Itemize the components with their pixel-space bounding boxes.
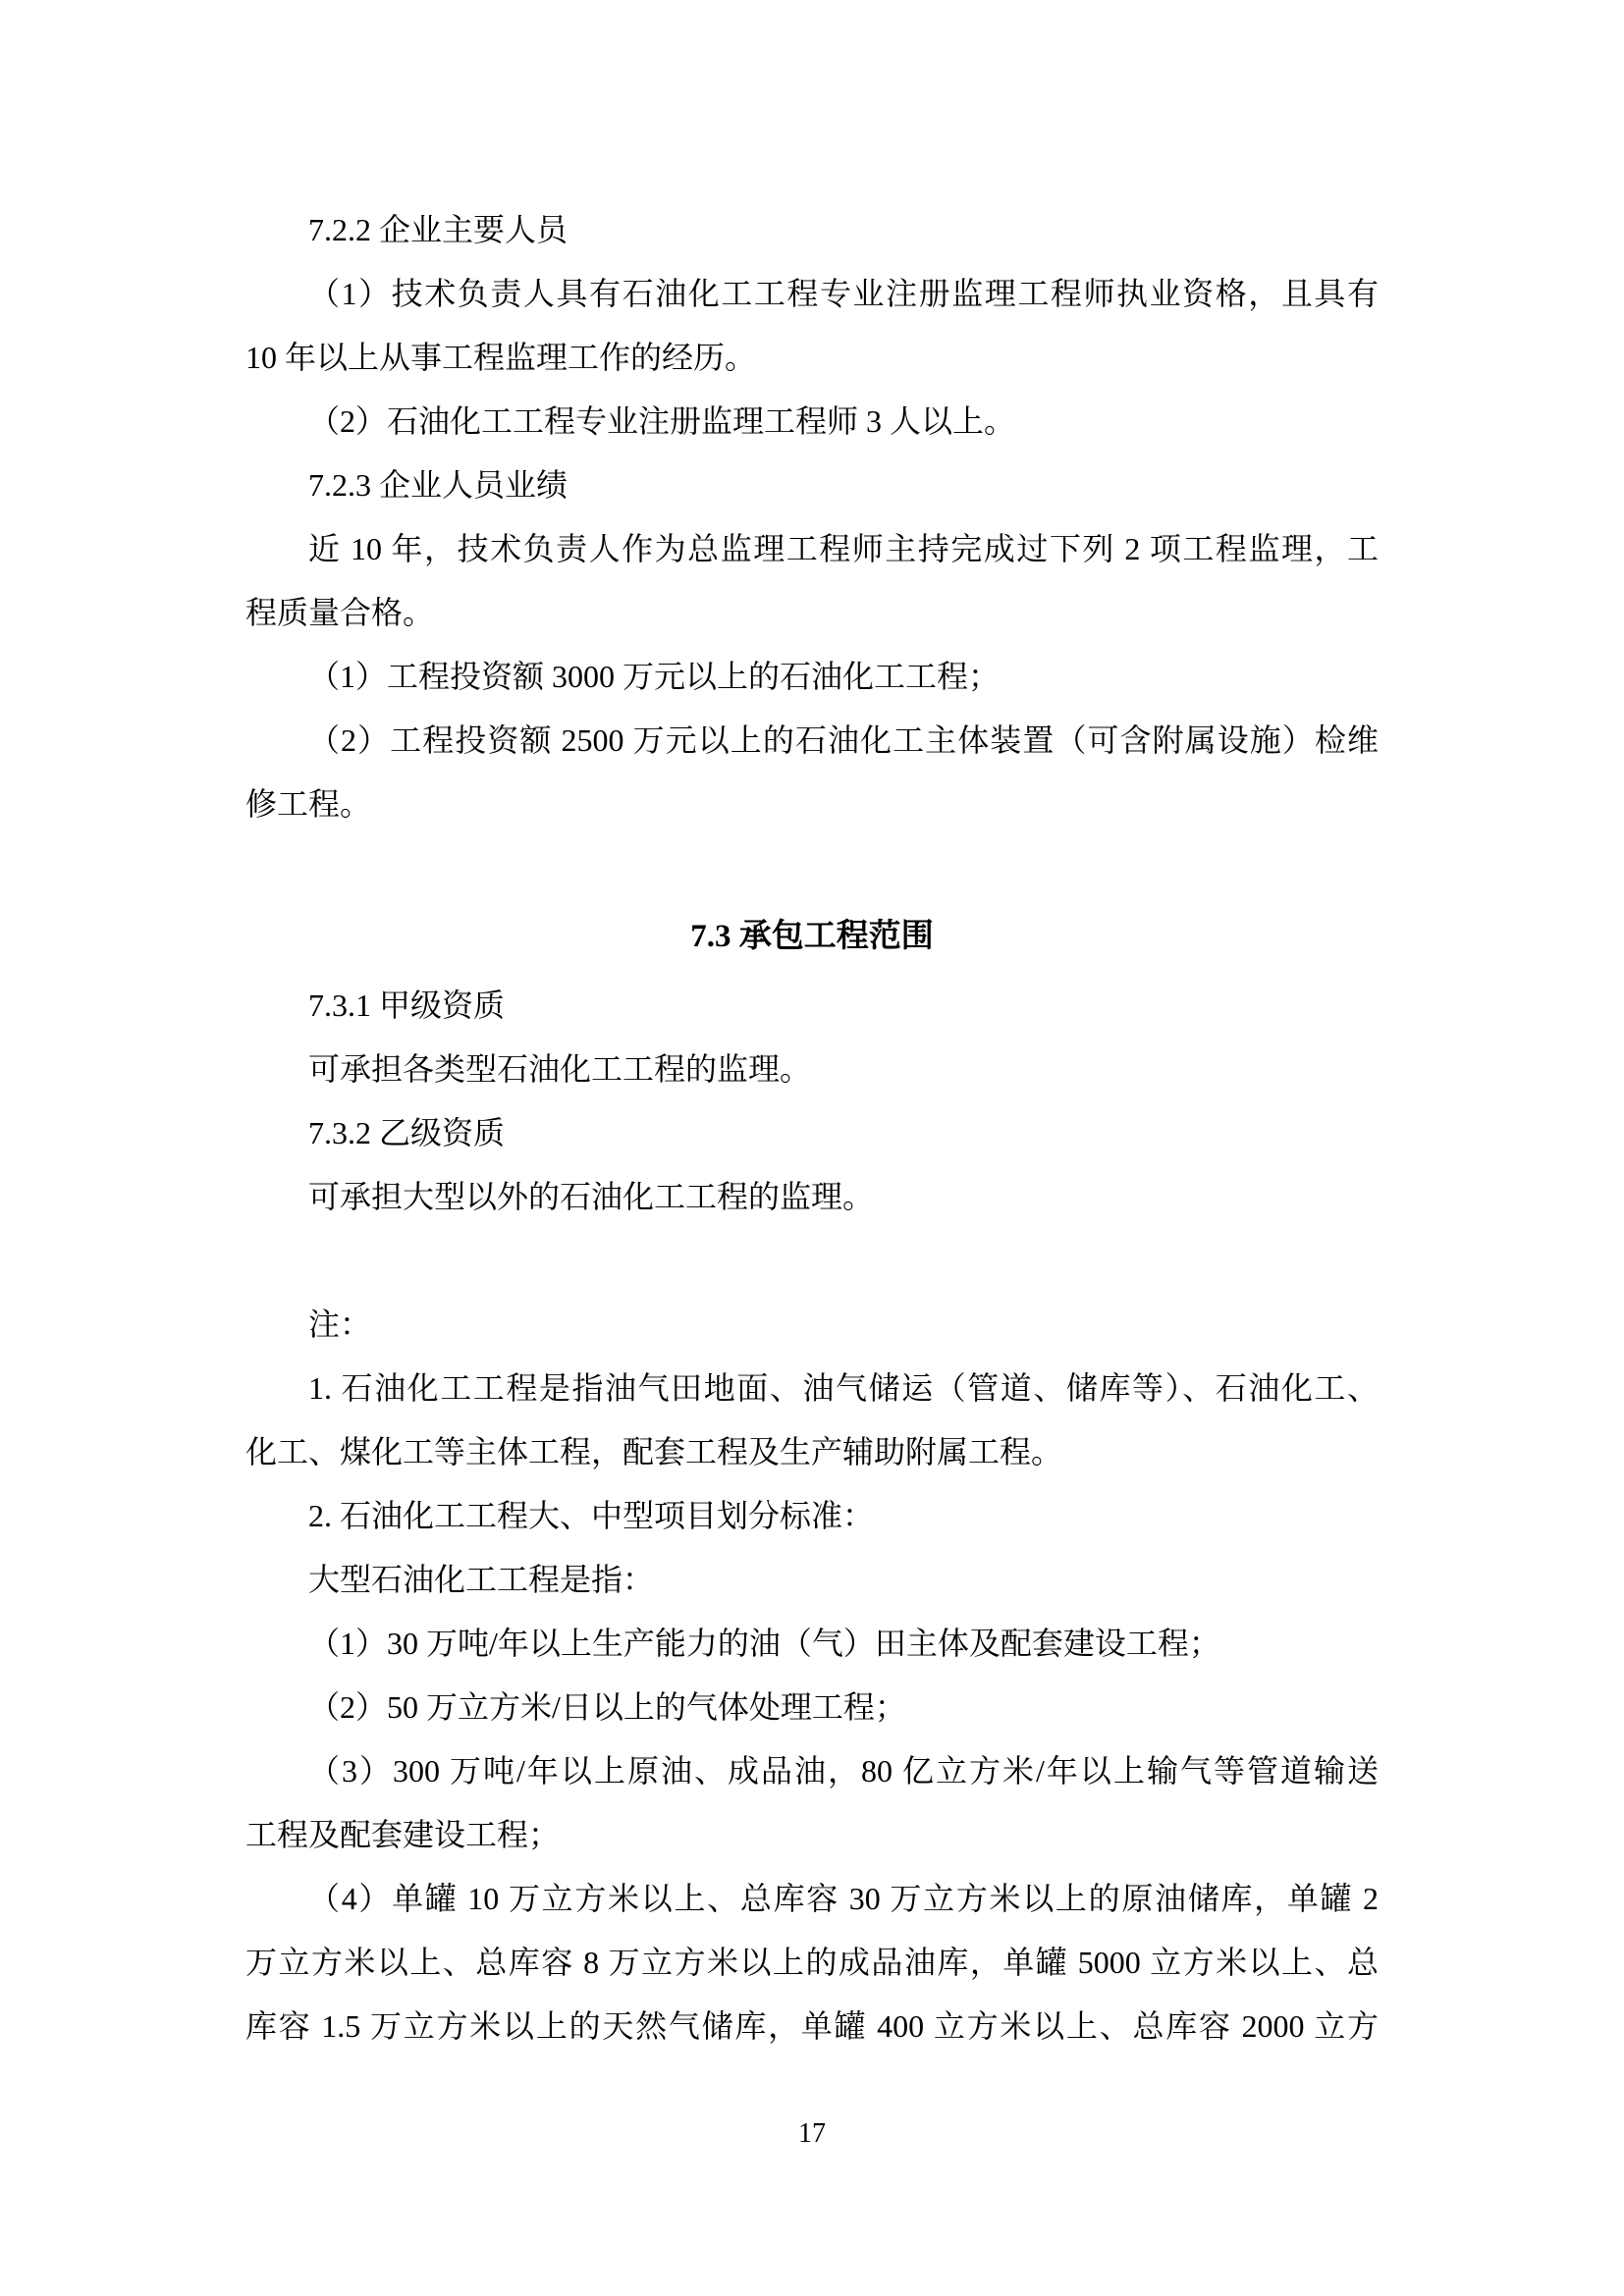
section-heading: 7.3 承包工程范围: [245, 900, 1379, 974]
paragraph-line: （1）30 万吨/年以上生产能力的油（气）田主体及配套建设工程；: [245, 1612, 1379, 1676]
paragraph-line: （2）50 万立方米/日以上的气体处理工程；: [245, 1676, 1379, 1739]
paragraph-line: 工程及配套建设工程；: [245, 1803, 1379, 1867]
paragraph-line: （1）工程投资额 3000 万元以上的石油化工工程；: [245, 645, 1379, 709]
paragraph-line: 7.3.2 乙级资质: [245, 1101, 1379, 1165]
document-page: 7.2.2 企业主要人员（1）技术负责人具有石油化工工程专业注册监理工程师执业资…: [0, 0, 1624, 2296]
paragraph-line: 2. 石油化工工程大、中型项目划分标准：: [245, 1484, 1379, 1548]
paragraph-line: 程质量合格。: [245, 581, 1379, 645]
page-footer: 17: [0, 2116, 1624, 2152]
paragraph-line: 大型石油化工工程是指：: [245, 1548, 1379, 1612]
paragraph-line: 1. 石油化工工程是指油气田地面、油气储运（管道、储库等）、石油化工、: [245, 1357, 1379, 1420]
paragraph-line: 化工、煤化工等主体工程，配套工程及生产辅助附属工程。: [245, 1420, 1379, 1484]
paragraph-line: （4）单罐 10 万立方米以上、总库容 30 万立方米以上的原油储库，单罐 2: [245, 1867, 1379, 1931]
paragraph-line: 可承担大型以外的石油化工工程的监理。: [245, 1165, 1379, 1229]
paragraph-line: 可承担各类型石油化工工程的监理。: [245, 1038, 1379, 1101]
paragraph-line: 修工程。: [245, 773, 1379, 836]
paragraph-line: （1）技术负责人具有石油化工工程专业注册监理工程师执业资格，且具有: [245, 262, 1379, 326]
paragraph-line: （2）石油化工工程专业注册监理工程师 3 人以上。: [245, 390, 1379, 454]
paragraph-line: 10 年以上从事工程监理工作的经历。: [245, 326, 1379, 390]
paragraph-line: 近 10 年，技术负责人作为总监理工程师主持完成过下列 2 项工程监理，工: [245, 517, 1379, 581]
paragraph-line: 7.2.2 企业主要人员: [245, 198, 1379, 262]
blank-line: [245, 836, 1379, 900]
paragraph-line: （2）工程投资额 2500 万元以上的石油化工主体装置（可含附属设施）检维: [245, 709, 1379, 773]
paragraph-line: 万立方米以上、总库容 8 万立方米以上的成品油库，单罐 5000 立方米以上、总: [245, 1931, 1379, 1995]
paragraph-line: （3）300 万吨/年以上原油、成品油，80 亿立方米/年以上输气等管道输送: [245, 1739, 1379, 1803]
document-body: 7.2.2 企业主要人员（1）技术负责人具有石油化工工程专业注册监理工程师执业资…: [245, 198, 1379, 2058]
paragraph-line: 7.2.3 企业人员业绩: [245, 454, 1379, 517]
paragraph-line: 库容 1.5 万立方米以上的天然气储库，单罐 400 立方米以上、总库容 200…: [245, 1995, 1379, 2058]
paragraph-line: 注：: [245, 1293, 1379, 1357]
page-number: 17: [798, 2118, 826, 2149]
paragraph-line: 7.3.1 甲级资质: [245, 974, 1379, 1038]
blank-line: [245, 1229, 1379, 1293]
